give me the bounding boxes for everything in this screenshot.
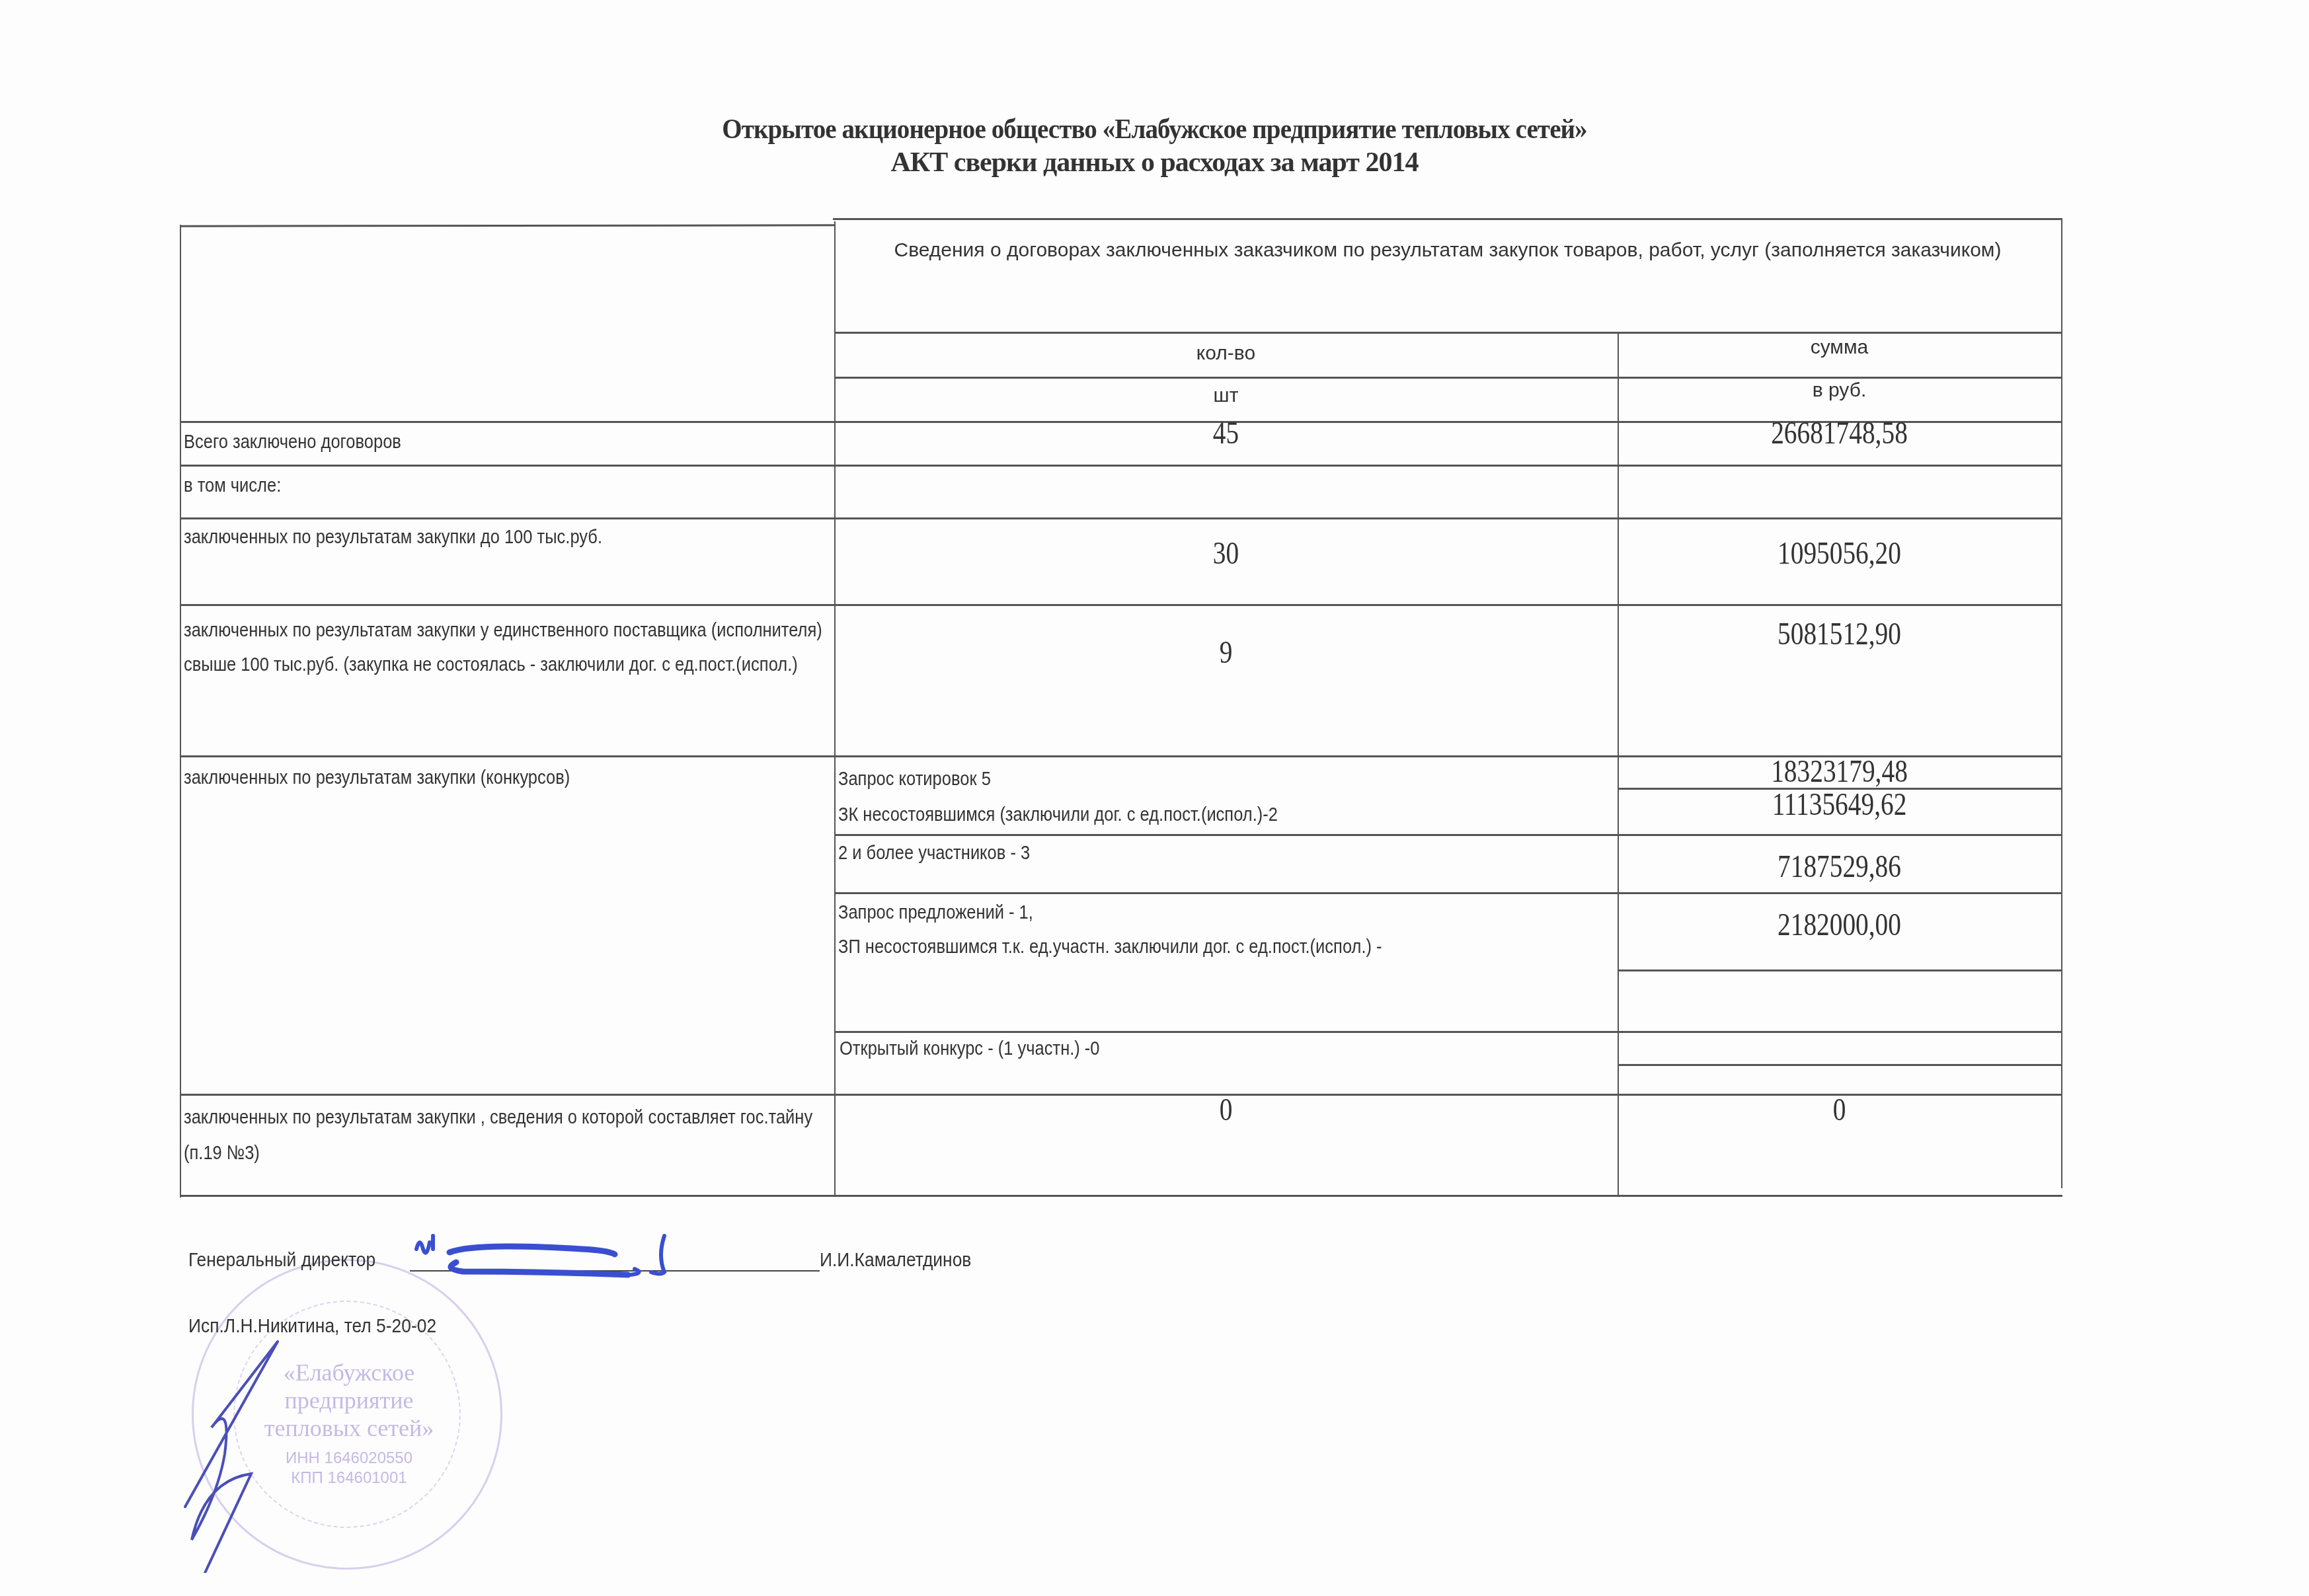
table-border-right bbox=[2061, 218, 2062, 1188]
director-label: Генеральный директор bbox=[188, 1249, 375, 1272]
document-org-title: Открытое акционерное общество «Елабужско… bbox=[81, 114, 2228, 145]
row-line bbox=[834, 834, 2061, 836]
director-signature-icon bbox=[397, 1229, 767, 1289]
table-border-top-right bbox=[833, 218, 2062, 220]
row-line bbox=[834, 892, 2061, 894]
row-qty: 45 bbox=[905, 415, 1547, 451]
header-group-title: Сведения о договорах заключенных заказчи… bbox=[853, 233, 2043, 268]
row-line bbox=[1618, 969, 2061, 971]
row-sum: 1095056,20 bbox=[1657, 535, 2021, 572]
table-border-top-left bbox=[180, 224, 834, 227]
header-unit-qty: шт bbox=[834, 382, 1618, 410]
header-col-qty: кол-во bbox=[834, 340, 1618, 367]
director-name: И.И.Камалетдинов bbox=[820, 1249, 971, 1272]
row-label: Всего заключено договоров bbox=[184, 428, 802, 456]
row-sum: 0 bbox=[1657, 1092, 2021, 1128]
row-qty: 30 bbox=[905, 535, 1547, 572]
sub-proposals-sum: 2182000,00 bbox=[1657, 907, 2021, 943]
stamp-signature-icon bbox=[178, 1322, 311, 1573]
sub-quotation-failed-sum: 11135649,62 bbox=[1657, 786, 2021, 823]
row-label: заключенных по результатам закупки у еди… bbox=[184, 613, 824, 682]
sub-quotation-failed-label: ЗК несостоявшимся (заключили дог. с ед.п… bbox=[838, 801, 1569, 829]
document-act-title: АКТ сверки данных о расходах за март 201… bbox=[0, 147, 2309, 178]
row-line bbox=[180, 604, 2061, 606]
row-label: заключенных по результатам закупки , све… bbox=[184, 1100, 824, 1171]
sub-quotation-sum: 18323179,48 bbox=[1657, 753, 2021, 790]
header-unit-sum: в руб. bbox=[1618, 377, 2061, 404]
sub-proposals-failed-label: ЗП несостоявшимся т.к. ед.участн. заключ… bbox=[838, 933, 1625, 961]
header-col-sum: сумма bbox=[1618, 334, 2061, 361]
table-border-bottom bbox=[180, 1195, 2062, 1197]
row-qty: 9 bbox=[905, 634, 1547, 671]
col-divider-a bbox=[834, 221, 836, 1196]
sub-multi-participants-sum: 7187529,86 bbox=[1657, 849, 2021, 885]
row-label: в том числе: bbox=[184, 472, 746, 500]
sub-open-tender-label: Открытый конкурс - (1 участн.) -0 bbox=[840, 1035, 1458, 1063]
row-sum: 26681748,58 bbox=[1657, 415, 2021, 451]
row-label: заключенных по результатам закупки (конк… bbox=[184, 764, 830, 792]
row-line bbox=[180, 465, 2061, 467]
row-line bbox=[834, 1031, 2061, 1033]
row-qty: 0 bbox=[905, 1092, 1547, 1128]
sub-multi-participants-label: 2 и более участников - 3 bbox=[838, 839, 1456, 867]
row-line bbox=[1618, 1064, 2061, 1066]
row-line bbox=[180, 517, 2061, 519]
sub-quotation-label: Запрос котировок 5 bbox=[838, 765, 1569, 793]
row-label: заключенных по результатам закупки до 10… bbox=[184, 523, 830, 551]
row-sum: 5081512,90 bbox=[1657, 616, 2021, 652]
table-border-left bbox=[180, 225, 181, 1197]
sub-proposals-label: Запрос предложений - 1, bbox=[838, 899, 1456, 927]
